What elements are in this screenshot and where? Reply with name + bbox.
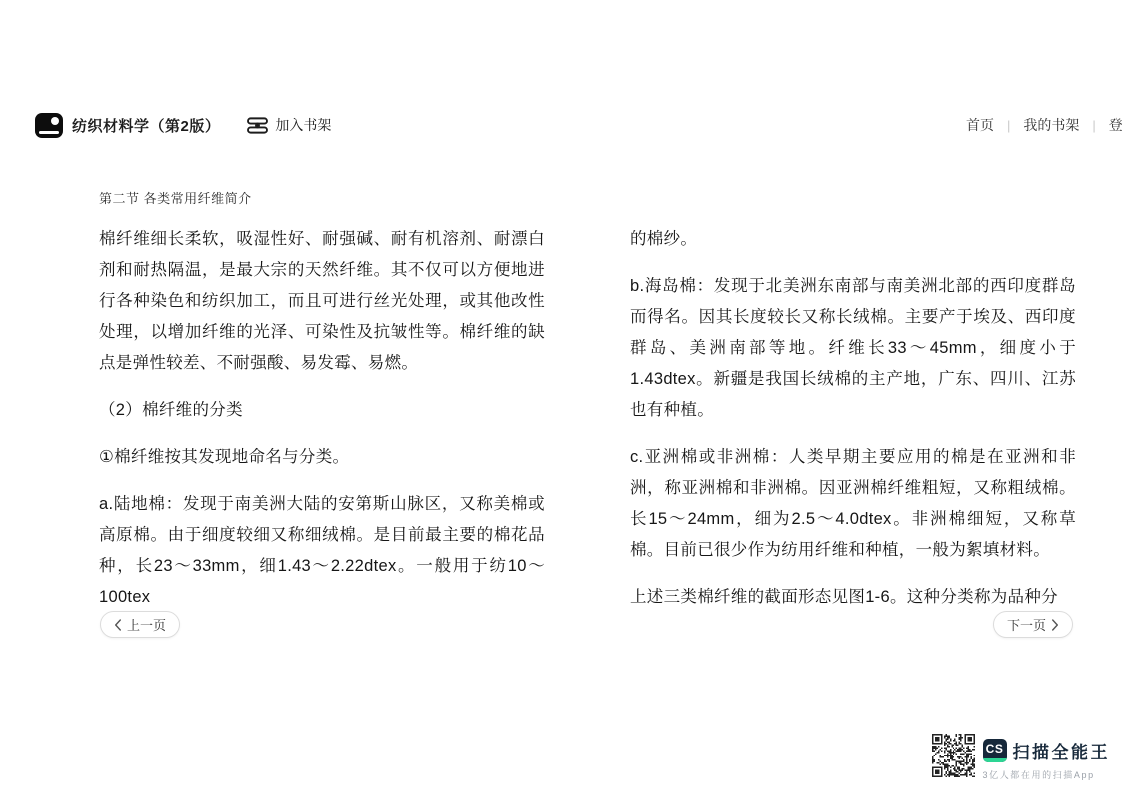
next-page-label: 下一页 — [1007, 615, 1046, 634]
paragraph: b.海岛棉：发现于北美洲东南部与南美洲北部的西印度群岛而得名。因其长度较长又称长… — [630, 271, 1076, 426]
add-to-shelf-label: 加入书架 — [275, 115, 331, 135]
paragraph: 上述三类棉纤维的截面形态见图1-6。这种分类称为品种分 — [630, 582, 1076, 613]
qr-code — [932, 734, 975, 777]
chevron-left-icon — [114, 619, 122, 631]
prev-page-button[interactable]: 上一页 — [100, 611, 180, 638]
nav-login-link[interactable]: 登录 — [1109, 115, 1122, 135]
nav-my-bookshelf-link[interactable]: 我的书架 — [1023, 115, 1079, 135]
book-title: 纺织材料学（第2版） — [72, 115, 220, 136]
next-page-button[interactable]: 下一页 — [993, 611, 1073, 638]
paragraph: c.亚洲棉或非洲棉：人类早期主要应用的棉是在亚洲和非洲，称亚洲棉和非洲棉。因亚洲… — [630, 442, 1076, 566]
prev-page-label: 上一页 — [127, 615, 166, 634]
reader-logo-icon — [35, 113, 63, 138]
paragraph: 的棉纱。 — [630, 224, 1076, 255]
scanner-app-tagline: 3亿人都在用的扫描App — [983, 768, 1111, 781]
nav-home-link[interactable]: 首页 — [966, 115, 994, 135]
paragraph: 棉纤维细长柔软，吸湿性好、耐强碱、耐有机溶剂、耐漂白剂和耐热隔温，是最大宗的天然… — [99, 224, 545, 379]
add-to-shelf-button[interactable]: 加入书架 — [246, 115, 331, 135]
chevron-right-icon — [1051, 619, 1059, 631]
header-nav: 首页 | 我的书架 | 登录 — [966, 110, 1122, 140]
watermark-text-block: CS 扫描全能王 3亿人都在用的扫描App — [983, 734, 1111, 781]
scanner-app-name: 扫描全能王 — [1013, 738, 1111, 763]
camscanner-logo-icon: CS — [983, 739, 1007, 762]
section-title: 第二节 各类常用纤维简介 — [99, 188, 252, 207]
right-column: 的棉纱。 b.海岛棉：发现于北美洲东南部与南美洲北部的西印度群岛而得名。因其长度… — [630, 224, 1076, 613]
header-bar: 纺织材料学（第2版） 加入书架 首页 | 我的书架 | 登录 — [0, 110, 1122, 140]
paragraph: a.陆地棉：发现于南美洲大陆的安第斯山脉区，又称美棉或高原棉。由于细度较细又称细… — [99, 489, 545, 613]
paragraph: （2）棉纤维的分类 — [99, 395, 545, 426]
nav-divider: | — [1007, 118, 1010, 133]
paragraph: ①棉纤维按其发现地命名与分类。 — [99, 442, 545, 473]
scanner-watermark: CS 扫描全能王 3亿人都在用的扫描App — [932, 734, 1111, 781]
nav-divider: | — [1092, 118, 1095, 133]
bookshelf-plus-icon — [246, 116, 269, 135]
page-text: 棉纤维细长柔软，吸湿性好、耐强碱、耐有机溶剂、耐漂白剂和耐热隔温，是最大宗的天然… — [99, 224, 1077, 613]
left-column: 棉纤维细长柔软，吸湿性好、耐强碱、耐有机溶剂、耐漂白剂和耐热隔温，是最大宗的天然… — [99, 224, 545, 613]
